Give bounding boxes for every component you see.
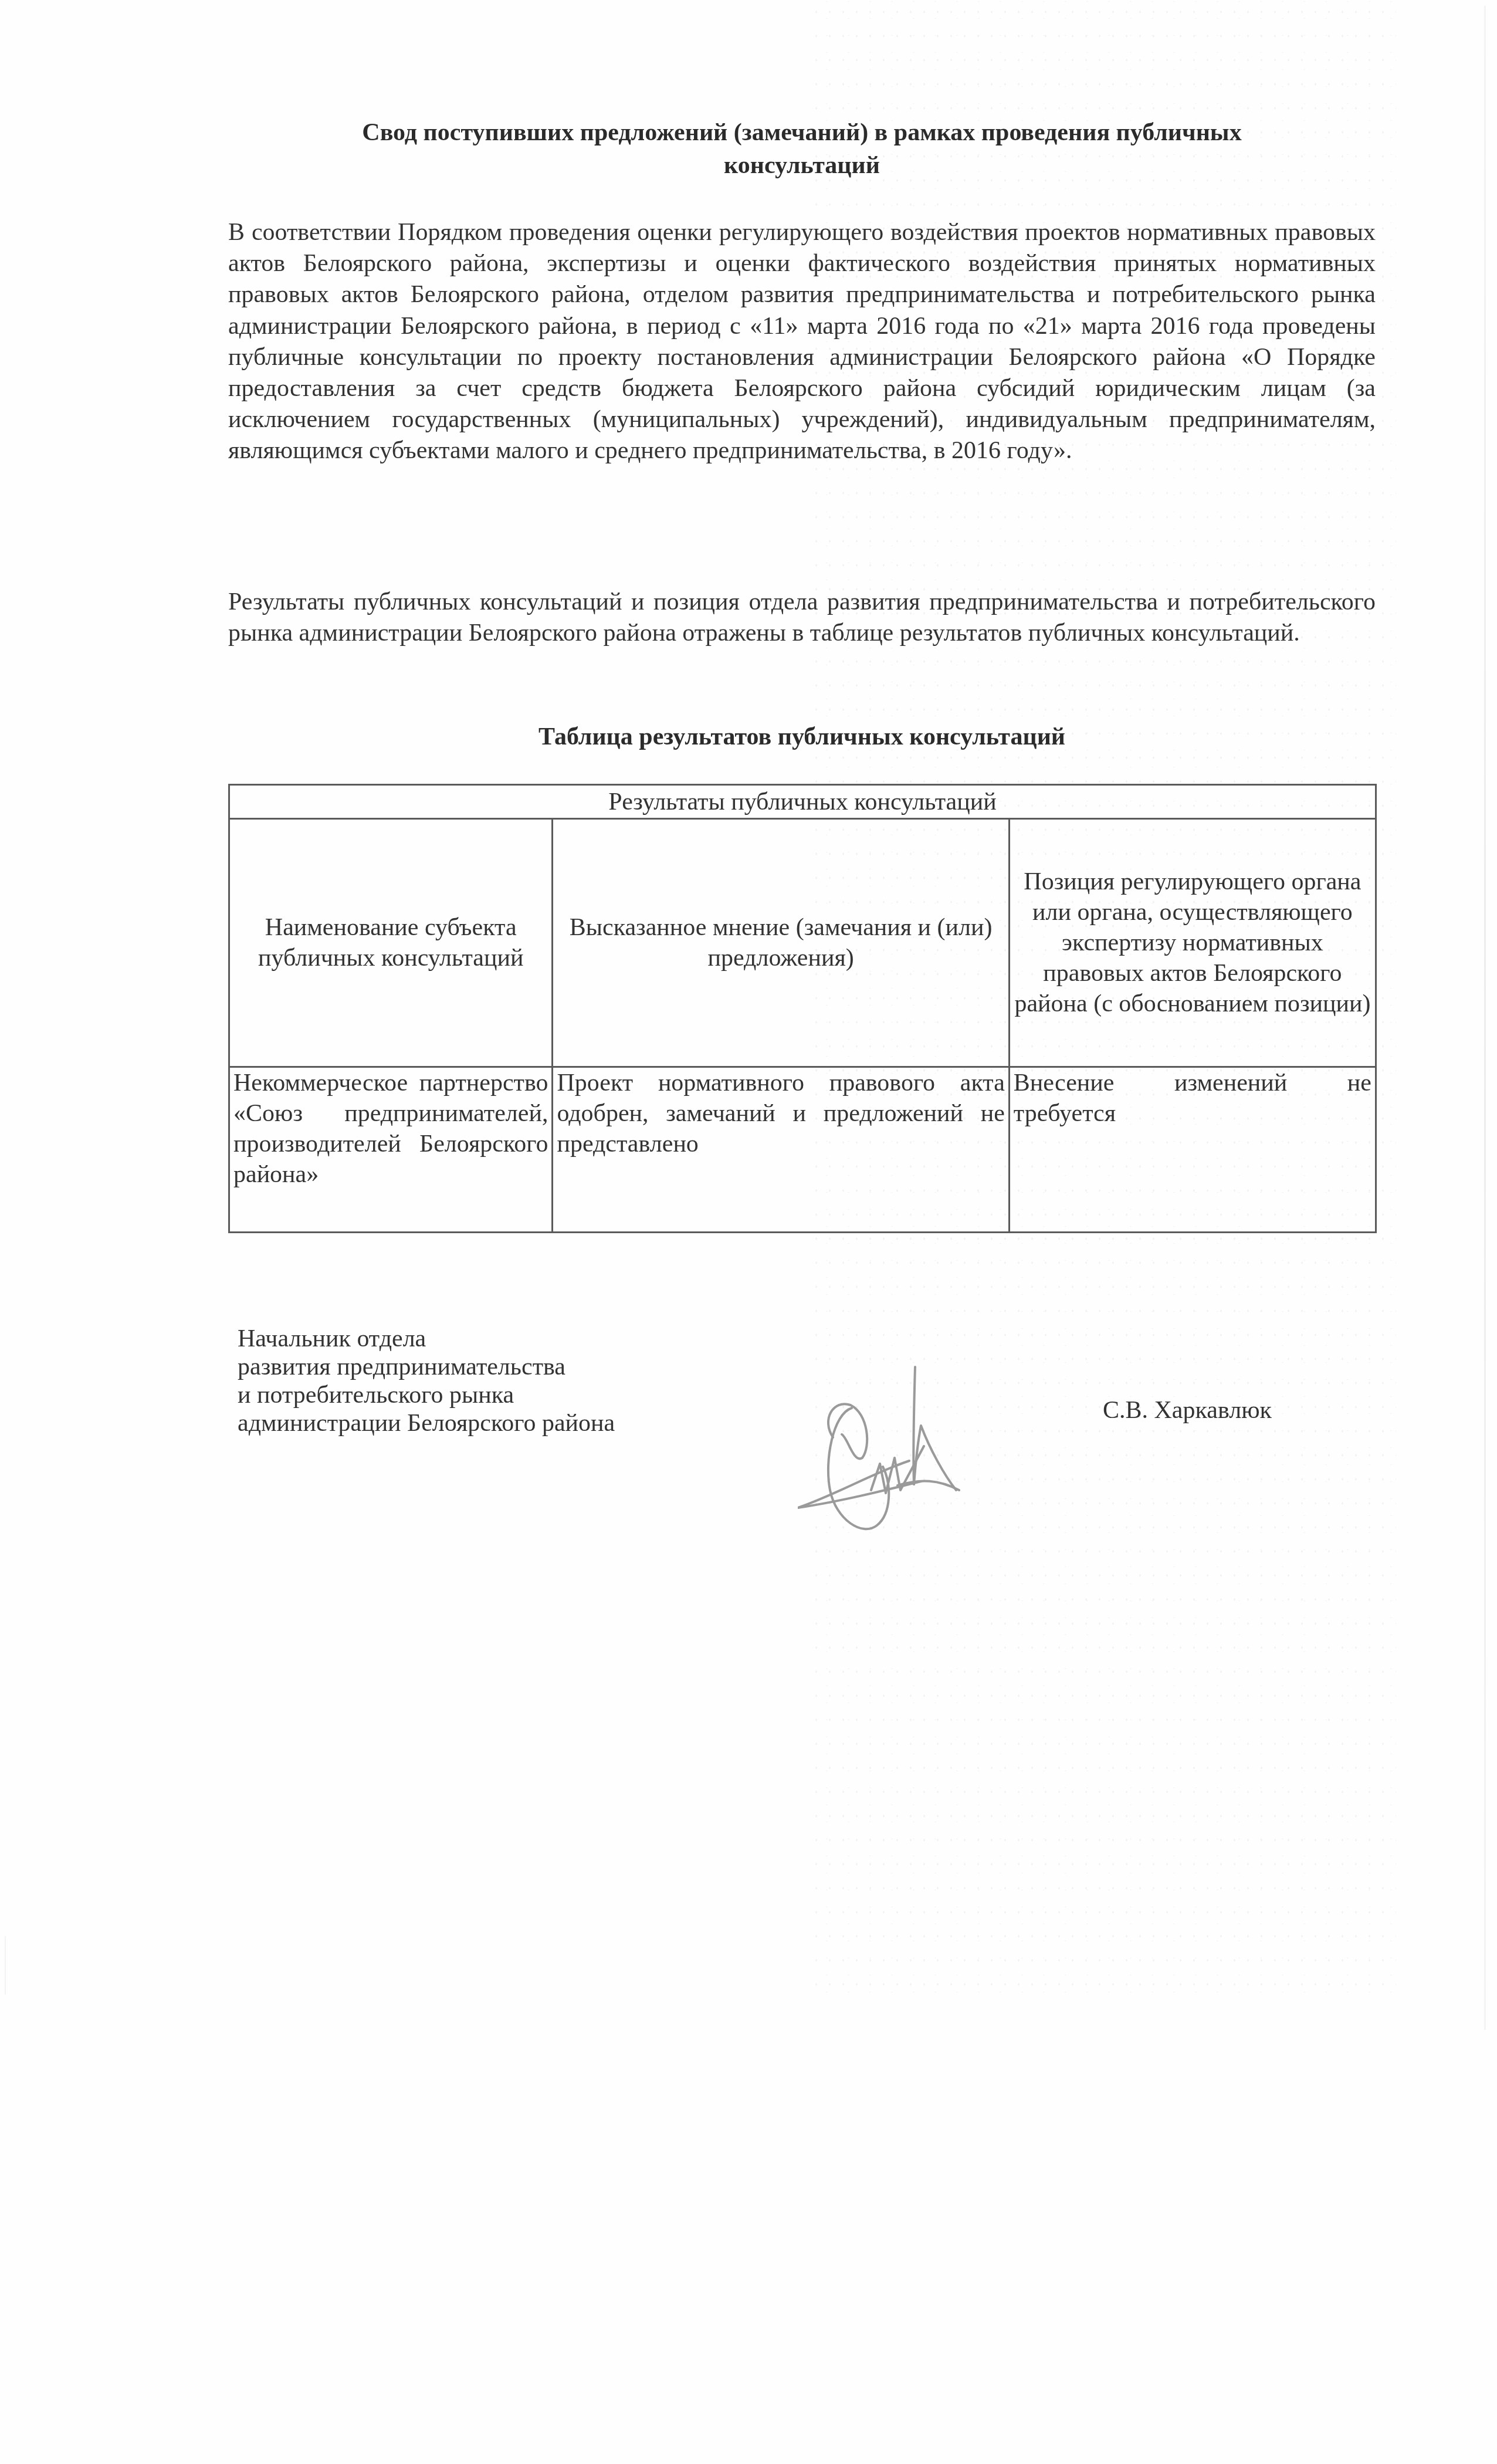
intro-paragraph: В соответствии Порядком проведения оценк…	[228, 217, 1376, 467]
table-group-header-row: Результаты публичных консультаций	[229, 785, 1376, 819]
scan-edge-line-left	[5, 1936, 6, 1995]
table-group-header: Результаты публичных консультаций	[229, 785, 1376, 819]
document-title-line1: Свод поступивших предложений (замечаний)…	[228, 116, 1376, 149]
scan-edge-line	[1484, 6, 1486, 2030]
signatory-position: Начальник отдела развития предпринимател…	[238, 1325, 615, 1437]
document-title: Свод поступивших предложений (замечаний)…	[228, 116, 1376, 182]
signatory-position-line1: Начальник отдела	[238, 1325, 615, 1353]
document-title-line2: консультаций	[228, 149, 1376, 182]
column-header-subject: Наименование субъекта публичных консульт…	[229, 819, 553, 1067]
table-title: Таблица результатов публичных консультац…	[228, 720, 1376, 753]
cell-position: Внесение изменений не требуется	[1009, 1067, 1376, 1233]
results-table: Результаты публичных консультаций Наимен…	[228, 784, 1377, 1233]
signatory-position-line2: развития предпринимательства	[238, 1353, 615, 1381]
signatory-position-line3: и потребительского рынка	[238, 1381, 615, 1409]
signatory-position-line4: администрации Белоярского района	[238, 1409, 615, 1437]
results-paragraph: Результаты публичных консультаций и пози…	[228, 587, 1376, 649]
cell-subject: Некоммерческое партнерство «Союз предпри…	[229, 1067, 553, 1233]
column-header-position: Позиция регулирующего органа или органа,…	[1009, 819, 1376, 1067]
document-page: Свод поступивших предложений (замечаний)…	[0, 0, 1497, 2464]
handwritten-signature-icon	[798, 1349, 974, 1549]
table-row: Некоммерческое партнерство «Союз предпри…	[229, 1067, 1376, 1233]
table-header-row: Наименование субъекта публичных консульт…	[229, 819, 1376, 1067]
cell-opinion: Проект нормативного правового акта одобр…	[553, 1067, 1009, 1233]
signatory-name: С.В. Харкавлюк	[1103, 1396, 1272, 1424]
column-header-opinion: Высказанное мнение (замечания и (или) пр…	[553, 819, 1009, 1067]
